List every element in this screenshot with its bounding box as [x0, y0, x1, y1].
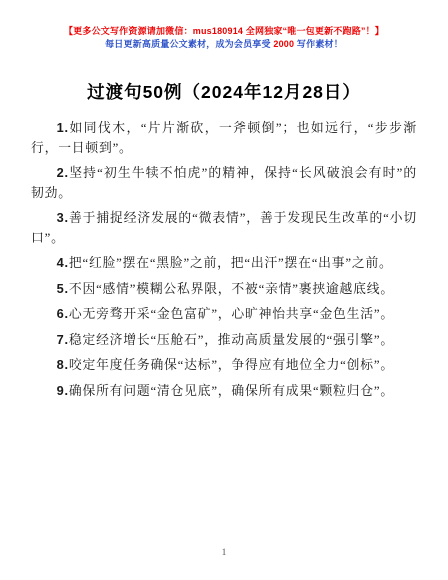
promo-line-1: 【更多公文写作资源请加微信：mus180914 全网独家“唯一包更新不跑路”！】	[0, 25, 448, 38]
item-text: 如同伐木，“片片渐砍，一斧顿倒”；也如远行，“步步渐行，一日顿到”。	[31, 121, 417, 155]
item-text: 咬定年度任务确保“达标”，争得应有地位全力“创标”。	[69, 358, 394, 372]
transition-sentence-item: 3.善于捕捉经济发展的“微表情”，善于发现民生改革的“小切口”。	[31, 208, 417, 248]
item-number: 1.	[57, 120, 69, 135]
page-number: 1	[0, 548, 448, 558]
item-text: 确保所有问题“清仓见底”，确保所有成果“颗粒归仓”。	[69, 384, 394, 398]
item-text: 坚持“初生牛犊不怕虎”的精神，保持“长风破浪会有时”的韧劲。	[31, 166, 417, 200]
item-number: 6.	[57, 306, 69, 321]
transition-sentence-item: 1.如同伐木，“片片渐砍，一斧顿倒”；也如远行，“步步渐行，一日顿到”。	[31, 118, 417, 158]
item-number: 3.	[57, 210, 69, 225]
item-number: 2.	[57, 165, 69, 180]
item-text: 善于捕捉经济发展的“微表情”，善于发现民生改革的“小切口”。	[31, 211, 417, 245]
transition-sentence-item: 9.确保所有问题“清仓见底”，确保所有成果“颗粒归仓”。	[31, 381, 417, 402]
item-text: 稳定经济增长“压舱石”，推动高质量发展的“强引擎”。	[69, 333, 394, 347]
promo-line-2-number: 2000	[273, 39, 294, 49]
transition-sentence-item: 7.稳定经济增长“压舱石”，推动高质量发展的“强引擎”。	[31, 330, 417, 351]
item-number: 7.	[57, 332, 69, 347]
promo-header: 【更多公文写作资源请加微信：mus180914 全网独家“唯一包更新不跑路”！】…	[0, 0, 448, 51]
promo-line-2-suffix: 写作素材！	[294, 39, 343, 49]
item-number: 9.	[57, 383, 69, 398]
transition-sentence-item: 4.把“红脸”摆在“黑脸”之前，把“出汗”摆在“出事”之前。	[31, 253, 417, 274]
transition-sentence-item: 8.咬定年度任务确保“达标”，争得应有地位全力“创标”。	[31, 355, 417, 376]
document-title: 过渡句50例（2024年12月28日）	[0, 81, 448, 103]
item-text: 把“红脸”摆在“黑脸”之前，把“出汗”摆在“出事”之前。	[69, 256, 393, 270]
transition-sentence-item: 2.坚持“初生牛犊不怕虎”的精神，保持“长风破浪会有时”的韧劲。	[31, 163, 417, 203]
transition-sentence-item: 6.心无旁骛开采“金色富矿”，心旷神怡共享“金色生活”。	[31, 304, 417, 325]
item-text: 心无旁骛开采“金色富矿”，心旷神怡共享“金色生活”。	[69, 307, 394, 321]
item-number: 4.	[57, 255, 69, 270]
document-body: 1.如同伐木，“片片渐砍，一斧顿倒”；也如远行，“步步渐行，一日顿到”。 2.坚…	[31, 118, 417, 401]
promo-line-2-prefix: 每日更新高质量公文素材，成为会员享受	[105, 39, 273, 49]
transition-sentence-item: 5.不因“感情”模糊公私界限，不被“亲情”裹挟逾越底线。	[31, 279, 417, 300]
promo-line-2: 每日更新高质量公文素材，成为会员享受 2000 写作素材！	[0, 38, 448, 51]
item-text: 不因“感情”模糊公私界限，不被“亲情”裹挟逾越底线。	[69, 282, 394, 296]
document-page: 【更多公文写作资源请加微信：mus180914 全网独家“唯一包更新不跑路”！】…	[0, 0, 448, 580]
item-number: 5.	[57, 281, 69, 296]
item-number: 8.	[57, 357, 69, 372]
